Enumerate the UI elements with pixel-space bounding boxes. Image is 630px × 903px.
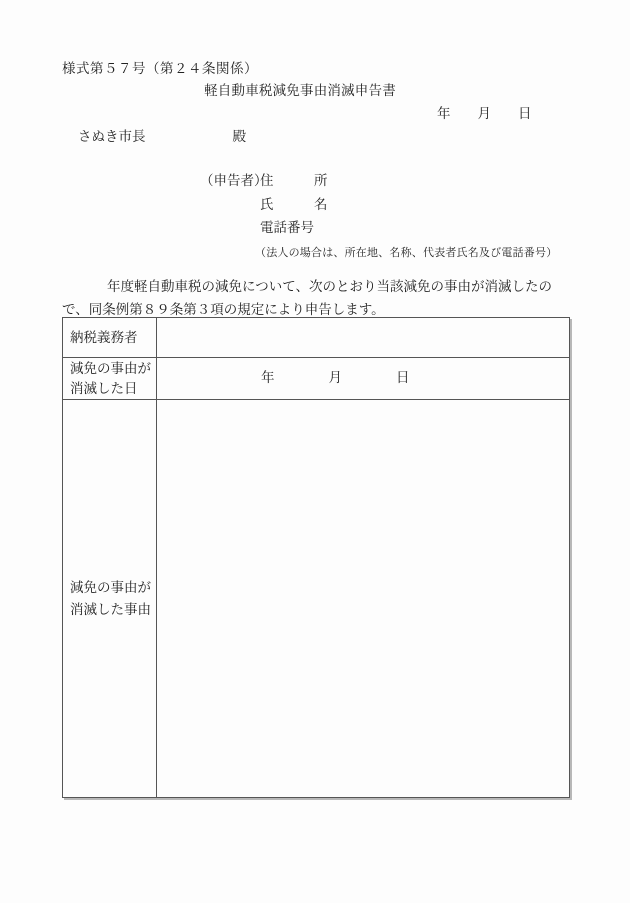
table-row-extinction-reason: 減免の事由が 消滅した事由 <box>63 400 569 797</box>
taxpayer-value-cell <box>157 318 569 357</box>
table-row-extinction-date: 減免の事由が 消滅した日 年 月 日 <box>63 358 569 400</box>
header-date-year-label: 年 <box>437 108 451 122</box>
taxpayer-label-cell: 納税義務者 <box>63 318 157 357</box>
extinction-date-label-line1: 減免の事由が <box>70 359 156 379</box>
header-date-line: 年 月 日 <box>437 108 532 122</box>
document-title: 軽自動車税減免事由消滅申告書 <box>0 85 600 99</box>
declarant-label: （申告者） <box>200 175 268 189</box>
table-row-taxpayer: 納税義務者 <box>63 318 569 358</box>
declarant-address-label: 住 所 <box>260 175 557 199</box>
addressee-name: さぬき市長 <box>78 131 146 145</box>
corporate-note: （法人の場合は、所在地、名称、代表者氏名及び電話番号） <box>255 247 557 258</box>
declarant-block: （申告者） 住 所 氏 名 電話番号 （法人の場合は、所在地、名称、代表者氏名及… <box>200 175 557 258</box>
form-number: 様式第５７号（第２４条関係） <box>62 63 258 77</box>
extinction-reason-value-cell <box>157 400 569 797</box>
extinction-reason-label-line1: 減免の事由が <box>70 577 156 599</box>
statement-paragraph: 年度軽自動車税の減免について、次のとおり当該減免の事由が消滅したの で、同条例第… <box>62 276 574 321</box>
extinction-reason-label-cell: 減免の事由が 消滅した事由 <box>63 400 157 797</box>
declarant-phone-label: 電話番号 <box>260 222 557 246</box>
extinction-date-label-line2: 消滅した日 <box>70 379 156 399</box>
taxpayer-label: 納税義務者 <box>70 328 156 348</box>
addressee-honorific: 殿 <box>233 131 247 145</box>
extinction-date-month-label: 月 <box>329 372 343 386</box>
declaration-table: 納税義務者 減免の事由が 消滅した日 年 月 日 減免の事由が 消滅した事由 <box>62 317 570 798</box>
extinction-date-value-cell: 年 月 日 <box>157 358 569 399</box>
header-date-month-label: 月 <box>478 108 492 122</box>
statement-line-1: 年度軽自動車税の減免について、次のとおり当該減免の事由が消滅したの <box>62 276 574 299</box>
addressee-line: さぬき市長 殿 <box>78 131 246 145</box>
extinction-date-year-label: 年 <box>261 372 275 386</box>
header-date-day-label: 日 <box>518 108 532 122</box>
declarant-name-label: 氏 名 <box>260 199 557 223</box>
extinction-reason-label-line2: 消滅した事由 <box>70 599 156 621</box>
extinction-date-day-label: 日 <box>396 372 410 386</box>
extinction-date-label-cell: 減免の事由が 消滅した日 <box>63 358 157 399</box>
document-page: 様式第５７号（第２４条関係） 軽自動車税減免事由消滅申告書 年 月 日 さぬき市… <box>0 0 630 903</box>
